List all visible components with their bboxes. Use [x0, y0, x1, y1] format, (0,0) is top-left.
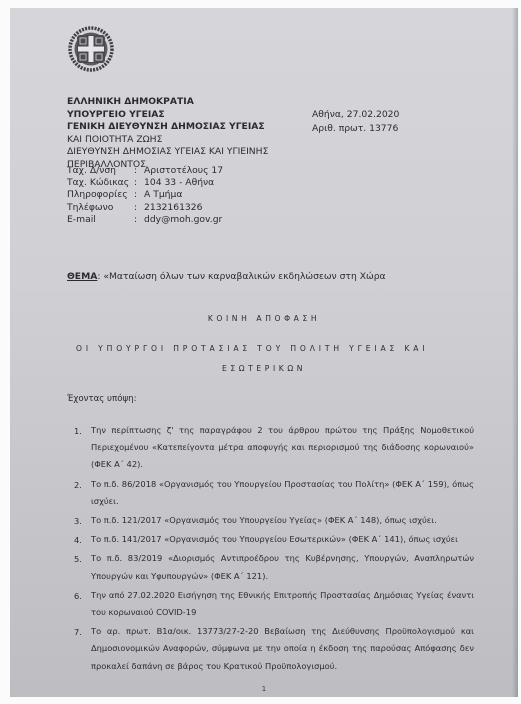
list-item: 5. Το π.δ. 83/2019 «Διορισμός Αντιπροέδρ…: [74, 554, 474, 584]
page-number: 1: [10, 685, 518, 693]
decision-subtitle: ΟΙ ΥΠΟΥΡΓΟΙ ΠΡΟΤΑΣΙΑΣ ΤΟΥ ΠΟΛΙΤΗ ΥΓΕΙΑΣ …: [76, 344, 428, 353]
item-text: Την περίπτωσης ζ' της παραγράφου 2 του ά…: [91, 422, 474, 474]
header-line: ΥΠΟΥΡΓΕΙΟ ΥΓΕΙΑΣ: [67, 109, 268, 122]
list-item: 6. Την από 27.02.2020 Εισήγηση της Εθνικ…: [74, 591, 474, 621]
list-item: 7. Το αρ. πρωτ. Β1α/οικ. 13773/27-2-20 Β…: [74, 627, 474, 675]
item-number: 7.: [74, 627, 91, 675]
contact-row: Τηλέφωνο : 2132161326: [67, 202, 223, 214]
contact-value: Αριστοτέλους 17: [144, 165, 223, 177]
subject-text: : «Ματαίωση όλων των καρναβαλικών εκδηλώ…: [97, 271, 385, 282]
list-item: 4. Το π.δ. 141/2017 «Οργανισμός του Υπου…: [74, 535, 474, 548]
header-line: ΕΛΛΗΝΙΚΗ ΔΗΜΟΚΡΑΤΙΑ: [67, 96, 268, 109]
header-line: ΚΑΙ ΠΟΙΟΤΗΤΑ ΖΩΗΣ: [67, 134, 268, 147]
decision-title: ΚΟΙΝΗ ΑΠΟΦΑΣΗ: [10, 314, 518, 323]
considerations-list: 1. Την περίπτωσης ζ' της παραγράφου 2 το…: [74, 426, 474, 681]
contact-row: Πληροφορίες : Α Τμήμα: [67, 189, 223, 201]
item-number: 1.: [74, 426, 91, 474]
item-number: 6.: [74, 591, 91, 621]
issuer-header: ΕΛΛΗΝΙΚΗ ΔΗΜΟΚΡΑΤΙΑ ΥΠΟΥΡΓΕΙΟ ΥΓΕΙΑΣ ΓΕΝ…: [67, 96, 268, 172]
date-protocol-block: Αθήνα, 27.02.2020 Αριθ. πρωτ. 13776: [312, 108, 399, 135]
contact-block: Ταχ. Δ/νση : Αριστοτέλους 17 Ταχ. Κώδικα…: [67, 165, 223, 226]
subject-label: ΘΕΜΑ: [67, 271, 97, 282]
item-text: Την από 27.02.2020 Εισήγηση της Εθνικής …: [91, 587, 474, 621]
list-item: 2. Το π.δ. 86/2018 «Οργανισμός του Υπουρ…: [74, 480, 474, 510]
contact-value: 2132161326: [144, 202, 202, 214]
item-number: 3.: [74, 516, 91, 529]
list-item: 1. Την περίπτωσης ζ' της παραγράφου 2 το…: [74, 426, 474, 474]
list-item: 3. Το π.δ. 121/2017 «Οργανισμός του Υπου…: [74, 516, 474, 529]
contact-label: Πληροφορίες: [67, 189, 134, 201]
item-text: Το π.δ. 83/2019 «Διορισμός Αντιπροέδρου …: [91, 550, 474, 584]
item-text: Το π.δ. 86/2018 «Οργανισμός του Υπουργεί…: [91, 476, 474, 510]
place-date: Αθήνα, 27.02.2020: [312, 108, 399, 122]
item-number: 4.: [74, 535, 91, 548]
item-text: Το π.δ. 121/2017 «Οργανισμός του Υπουργε…: [91, 512, 437, 529]
decision-subtitle-cont: ΕΣΩΤΕΡΙΚΩΝ: [10, 364, 518, 373]
greek-coat-of-arms-icon: [68, 26, 114, 72]
contact-row: E-mail : ddy@moh.gov.gr: [67, 214, 223, 226]
contact-value: 104 33 - Αθήνα: [144, 177, 214, 189]
subject-line: ΘΕΜΑ: «Ματαίωση όλων των καρναβαλικών εκ…: [67, 271, 386, 282]
scanned-page: ΕΛΛΗΝΙΚΗ ΔΗΜΟΚΡΑΤΙΑ ΥΠΟΥΡΓΕΙΟ ΥΓΕΙΑΣ ΓΕΝ…: [10, 8, 518, 697]
header-line: ΓΕΝΙΚΗ ΔΙΕΥΘΥΝΣΗ ΔΗΜΟΣΙΑΣ ΥΓΕΙΑΣ: [67, 121, 268, 134]
item-text: Το π.δ. 141/2017 «Οργανισμός του Υπουργε…: [91, 531, 458, 548]
contact-label: Ταχ. Κώδικας: [67, 177, 134, 189]
item-number: 2.: [74, 480, 91, 510]
contact-value: Α Τμήμα: [144, 189, 182, 201]
considering-lead: Έχοντας υπόψη:: [67, 394, 136, 404]
contact-row: Ταχ. Κώδικας : 104 33 - Αθήνα: [67, 177, 223, 189]
header-line: ΔΙΕΥΘΥΝΣΗ ΔΗΜΟΣΙΑΣ ΥΓΕΙΑΣ ΚΑΙ ΥΓΙΕΙΝΗΣ: [67, 146, 268, 159]
contact-label: E-mail: [67, 214, 134, 226]
protocol-number: Αριθ. πρωτ. 13776: [312, 122, 399, 136]
contact-row: Ταχ. Δ/νση : Αριστοτέλους 17: [67, 165, 223, 177]
item-number: 5.: [74, 554, 91, 584]
contact-label: Τηλέφωνο: [67, 202, 134, 214]
contact-email: ddy@moh.gov.gr: [144, 214, 222, 226]
item-text: Το αρ. πρωτ. Β1α/οικ. 13773/27-2-20 Βεβα…: [91, 623, 474, 675]
contact-label: Ταχ. Δ/νση: [67, 165, 134, 177]
